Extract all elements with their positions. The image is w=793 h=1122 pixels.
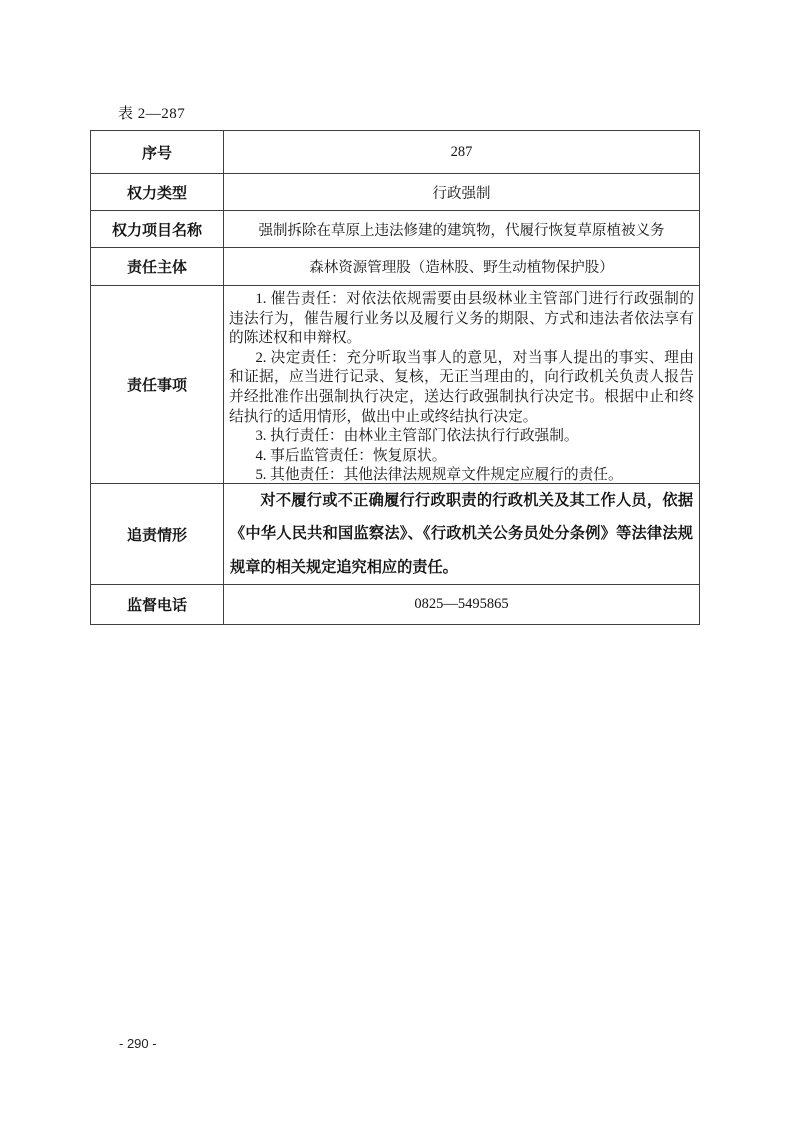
row-value: 0825—5495865	[224, 585, 699, 624]
responsibility-items-text: 1. 催告责任：对依法依规需要由县级林业主管部门进行行政强制的违法行为，催告履行…	[224, 286, 699, 483]
document-page: 表 2—287 序号 287 权力类型 行政强制 权力项目名称 强制拆除在草原上…	[0, 0, 793, 1122]
responsibility-item: 4. 事后监管责任：恢复原状。	[229, 447, 694, 467]
responsibility-table: 序号 287 权力类型 行政强制 权力项目名称 强制拆除在草原上违法修建的建筑物…	[90, 130, 700, 625]
responsibility-item: 3. 执行责任：由林业主管部门依法执行行政强制。	[229, 427, 694, 447]
row-value: 行政强制	[224, 174, 699, 210]
responsibility-item: 1. 催告责任：对依法依规需要由县级林业主管部门进行行政强制的违法行为，催告履行…	[229, 290, 694, 349]
row-label: 责任事项	[91, 286, 224, 483]
row-label: 监督电话	[91, 585, 224, 624]
row-label: 权力项目名称	[91, 211, 224, 247]
table-row-responsibility-items: 责任事项 1. 催告责任：对依法依规需要由县级林业主管部门进行行政强制的违法行为…	[91, 285, 699, 483]
table-row-serial-number: 序号 287	[91, 131, 699, 173]
row-label: 责任主体	[91, 248, 224, 285]
table-row-responsible-body: 责任主体 森林资源管理股（造林股、野生动植物保护股）	[91, 247, 699, 285]
row-label: 追责情形	[91, 484, 224, 584]
row-label: 权力类型	[91, 174, 224, 210]
page-number: - 290 -	[119, 1036, 157, 1051]
row-value: 287	[224, 131, 699, 173]
table-row-supervision-phone: 监督电话 0825—5495865	[91, 584, 699, 624]
row-value: 森林资源管理股（造林股、野生动植物保护股）	[224, 248, 699, 285]
table-row-accountability: 追责情形 对不履行或不正确履行行政职责的行政机关及其工作人员，依据《中华人民共和…	[91, 483, 699, 584]
table-row-power-type: 权力类型 行政强制	[91, 173, 699, 210]
responsibility-item: 2. 决定责任：充分听取当事人的意见，对当事人提出的事实、理由和证据，应当进行记…	[229, 349, 694, 427]
table-caption: 表 2—287	[118, 102, 185, 123]
row-value: 强制拆除在草原上违法修建的建筑物，代履行恢复草原植被义务	[224, 211, 699, 247]
accountability-text: 对不履行或不正确履行行政职责的行政机关及其工作人员，依据《中华人民共和国监察法》…	[230, 484, 693, 584]
row-label: 序号	[91, 131, 224, 173]
accountability-cell: 对不履行或不正确履行行政职责的行政机关及其工作人员，依据《中华人民共和国监察法》…	[224, 484, 699, 584]
table-row-power-item-name: 权力项目名称 强制拆除在草原上违法修建的建筑物，代履行恢复草原植被义务	[91, 210, 699, 247]
